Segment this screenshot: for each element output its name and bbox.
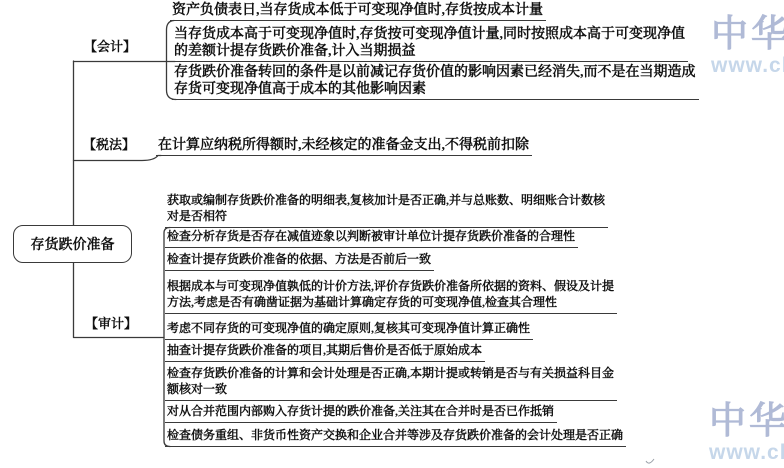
stray-mark xyxy=(646,459,654,463)
accounting-item: 存货跌价准备转回的条件是以前减记存货价值的影响因素已经消失,而不是在当期造成 存… xyxy=(172,64,699,100)
audit-item: 根据成本与可变现净值孰低的计价方法,评价存货跌价准备所依据的资料、假设及计提 方… xyxy=(165,278,617,314)
accounting-item: 当存货成本高于可变现净值时,存货按可变现净值计量,同时按照成本高于可变现净值 的… xyxy=(172,26,688,62)
audit-item: 抽查计提存货跌价准备的项目,其期后售价是否低于原始成本 xyxy=(165,342,485,362)
connector-branch-tax xyxy=(74,156,162,161)
root-node: 存货跌价准备 xyxy=(13,225,132,263)
audit-item: 获取或编制存货跌价准备的明细表,复核加计是否正确,并与总账数、明细账合计数核 对… xyxy=(165,192,608,228)
audit-item: 检查债务重组、非货币性资产交换和企业合并等涉及存货跌价准备的会计处理是否正确 xyxy=(165,427,626,447)
diagram-canvas: 中华会 www.ch 中华会 www.ch 存货跌价准备 【会计】 【税法】 【… xyxy=(0,0,784,468)
audit-item: 对从合并范围内部购入存货计提的跌价准备,关注其在合并时是否已作抵销 xyxy=(165,403,557,423)
audit-item: 考虑不同存货的可变现净值的确定原则,复核其可变现净值计算正确性 xyxy=(165,320,533,340)
audit-item: 检查存货跌价准备的计算和会计处理是否正确,本期计提或转销是否与有关损益科目金 额… xyxy=(165,365,617,401)
audit-item: 检查分析存货是否存在减值迹象以判断被审计单位计提存货跌价准备的合理性 xyxy=(165,228,578,248)
tax-item: 在计算应纳税所得额时,未经核定的准备金支出,不得税前扣除 xyxy=(156,137,532,156)
branch-label-audit: 【审计】 xyxy=(85,313,137,332)
accounting-item: 资产负债表日,当存货成本低于可变现净值时,存货按成本计量 xyxy=(170,2,546,21)
branch-label-accounting: 【会计】 xyxy=(84,36,136,55)
audit-item: 检查计提存货跌价准备的依据、方法是否前后一致 xyxy=(165,251,434,271)
branch-label-tax: 【税法】 xyxy=(83,134,135,153)
